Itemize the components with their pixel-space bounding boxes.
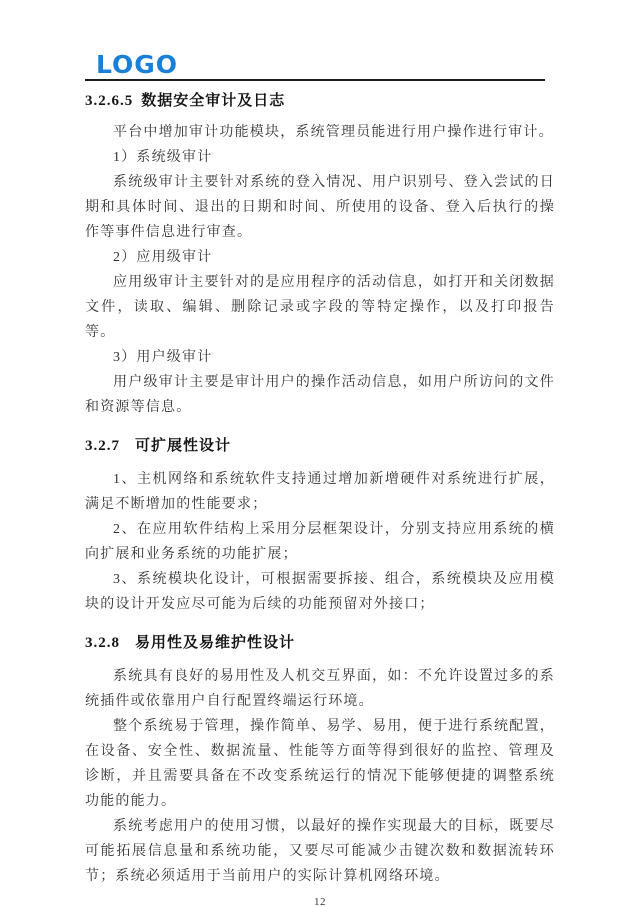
paragraph: 系统考虑用户的使用习惯，以最好的操作实现最大的目标，既要尽可能拓展信息量和系统功… [85, 814, 555, 889]
company-logo: LOGO [85, 52, 555, 78]
page-header: LOGO [85, 52, 555, 81]
section-number: 3.2.8 [85, 635, 120, 651]
paragraph: 平台中增加审计功能模块，系统管理员能进行用户操作进行审计。 [85, 120, 555, 145]
paragraph: 系统具有良好的易用性及人机交互界面，如：不允许设置过多的系统插件或依靠用户自行配… [85, 664, 555, 714]
section-title: 可扩展性设计 [135, 438, 231, 454]
page-number: 12 [85, 896, 555, 906]
section-title: 易用性及易维护性设计 [135, 635, 295, 651]
section-title: 数据安全审计及日志 [141, 93, 285, 109]
document-page: LOGO 3.2.6.5数据安全审计及日志 平台中增加审计功能模块，系统管理员能… [0, 0, 640, 906]
paragraph: 整个系统易于管理，操作简单、易学、易用，便于进行系统配置，在设备、安全性、数据流… [85, 714, 555, 814]
paragraph: 用户级审计主要是审计用户的操作活动信息，如用户所访问的文件和资源等信息。 [85, 370, 555, 420]
list-item: 3、系统模块化设计，可根据需要拆接、组合，系统模块及应用模块的设计开发应尽可能为… [85, 567, 555, 617]
list-item: 2）应用级审计 [85, 245, 555, 270]
page-footer: 12 [85, 896, 555, 906]
document-body: 3.2.6.5数据安全审计及日志 平台中增加审计功能模块，系统管理员能进行用户操… [85, 90, 555, 889]
section-number: 3.2.6.5 [85, 93, 133, 109]
paragraph: 应用级审计主要针对的是应用程序的活动信息，如打开和关闭数据文件，读取、编辑、删除… [85, 270, 555, 345]
section-number: 3.2.7 [85, 438, 120, 454]
section-heading-3-2-7: 3.2.7可扩展性设计 [85, 435, 555, 457]
header-divider [85, 79, 545, 81]
section-heading-3-2-8: 3.2.8易用性及易维护性设计 [85, 632, 555, 654]
list-item: 3）用户级审计 [85, 345, 555, 370]
list-item: 1）系统级审计 [85, 145, 555, 170]
section-heading-3-2-6-5: 3.2.6.5数据安全审计及日志 [85, 90, 555, 112]
list-item: 1、主机网络和系统软件支持通过增加新增硬件对系统进行扩展，满足不断增加的性能要求… [85, 467, 555, 517]
list-item: 2、在应用软件结构上采用分层框架设计，分别支持应用系统的横向扩展和业务系统的功能… [85, 517, 555, 567]
paragraph: 系统级审计主要针对系统的登入情况、用户识别号、登入尝试的日期和具体时间、退出的日… [85, 170, 555, 245]
